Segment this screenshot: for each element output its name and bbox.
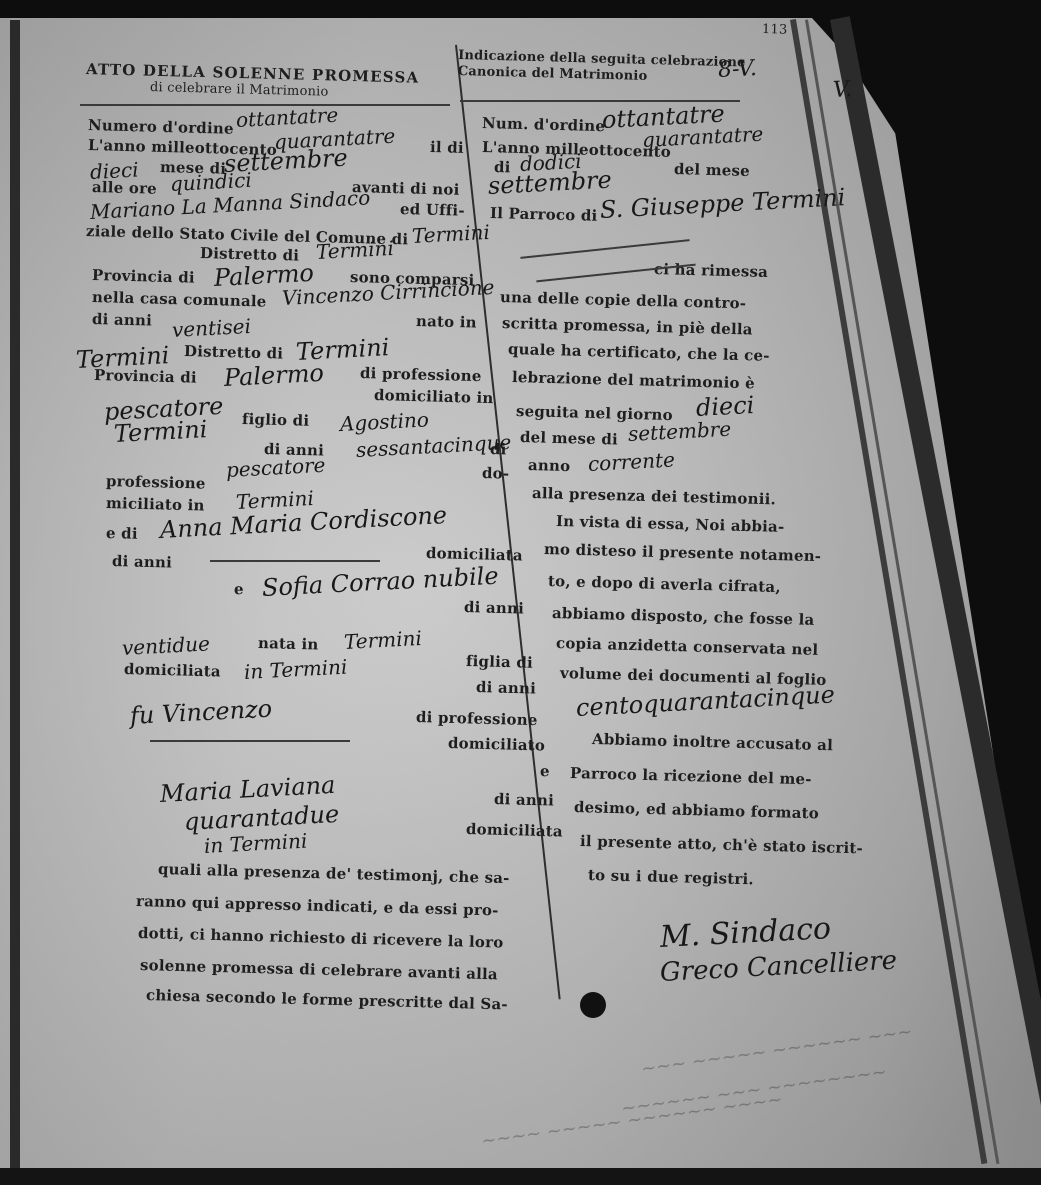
ink-blot [580, 992, 606, 1018]
label-e: e [234, 580, 244, 598]
label-nata-in: nata in [258, 634, 319, 654]
label-parroco-di: Il Parroco di [490, 204, 598, 225]
label-il-di: il di [430, 138, 464, 157]
hw-padre: Agostino [339, 407, 429, 436]
hw-giorno: dieci [89, 157, 139, 184]
body-line: anno [528, 456, 571, 475]
hw-eta-sposa: ventidue [121, 631, 210, 660]
label-figlio-di: figlio di [242, 410, 310, 430]
label-domiciliata: domiciliata [426, 544, 523, 565]
label-domiciliato: domiciliato [448, 734, 546, 755]
label-domiciliata: domiciliata [124, 660, 221, 681]
label-provincia: Provincia di [92, 266, 195, 287]
label-di-anni: di anni [112, 552, 172, 572]
label-ed-uffiziale: ed Uffi- [400, 200, 465, 220]
hw-comune: Termini [411, 220, 490, 248]
hw-nata-in: Termini [343, 626, 422, 654]
document-photo: 113 8-V. V. ATTO DELLA SOLENNE PROMESSA … [0, 0, 1041, 1185]
label-di-professione: di professione [360, 364, 482, 385]
label-numero-ordine: Numero d'ordine [88, 116, 234, 138]
blank-line [210, 560, 380, 562]
label-di-professione: di professione [416, 708, 538, 729]
label-e-di: e di [106, 524, 138, 543]
label-num-ordine: Num. d'ordine [482, 114, 606, 135]
binding-line [10, 20, 20, 1180]
bottom-edge-shadow [0, 1168, 1041, 1185]
hw-eta-sposo: ventisei [171, 314, 251, 342]
blank-line [150, 740, 350, 742]
hw-provincia: Palermo [223, 359, 324, 392]
hw-domicilio-sposo: Termini [113, 415, 208, 448]
label-di-anni: di anni [494, 790, 554, 810]
label-miciliato-in: miciliato in [106, 494, 205, 515]
label-professione: professione [106, 472, 206, 493]
label-domiciliato-in: domiciliato in [374, 386, 494, 407]
label-nato-in: nato in [416, 312, 477, 332]
label-di-anni: di anni [92, 310, 152, 330]
label-e: e [540, 762, 550, 780]
label-do: do- [482, 464, 510, 483]
label-distretto: Distretto di [184, 342, 284, 363]
label-di-anni: di anni [464, 598, 524, 618]
label-di-anni: di anni [476, 678, 536, 698]
label-domiciliata: domiciliata [466, 820, 563, 841]
label-ci-ha-rimessa: ci ha rimessa [654, 260, 769, 281]
page-number: 113 [762, 22, 788, 38]
label-figlia-di: figlia di [466, 652, 533, 672]
margin-annotation: V. [832, 77, 852, 103]
body-line: del mese di [520, 428, 618, 449]
hw-nato-in: Termini [75, 341, 170, 374]
label-del-mese: del mese [674, 160, 750, 180]
hw-seguita-anno: corrente [587, 447, 675, 476]
hw-distretto: Termini [315, 236, 394, 264]
